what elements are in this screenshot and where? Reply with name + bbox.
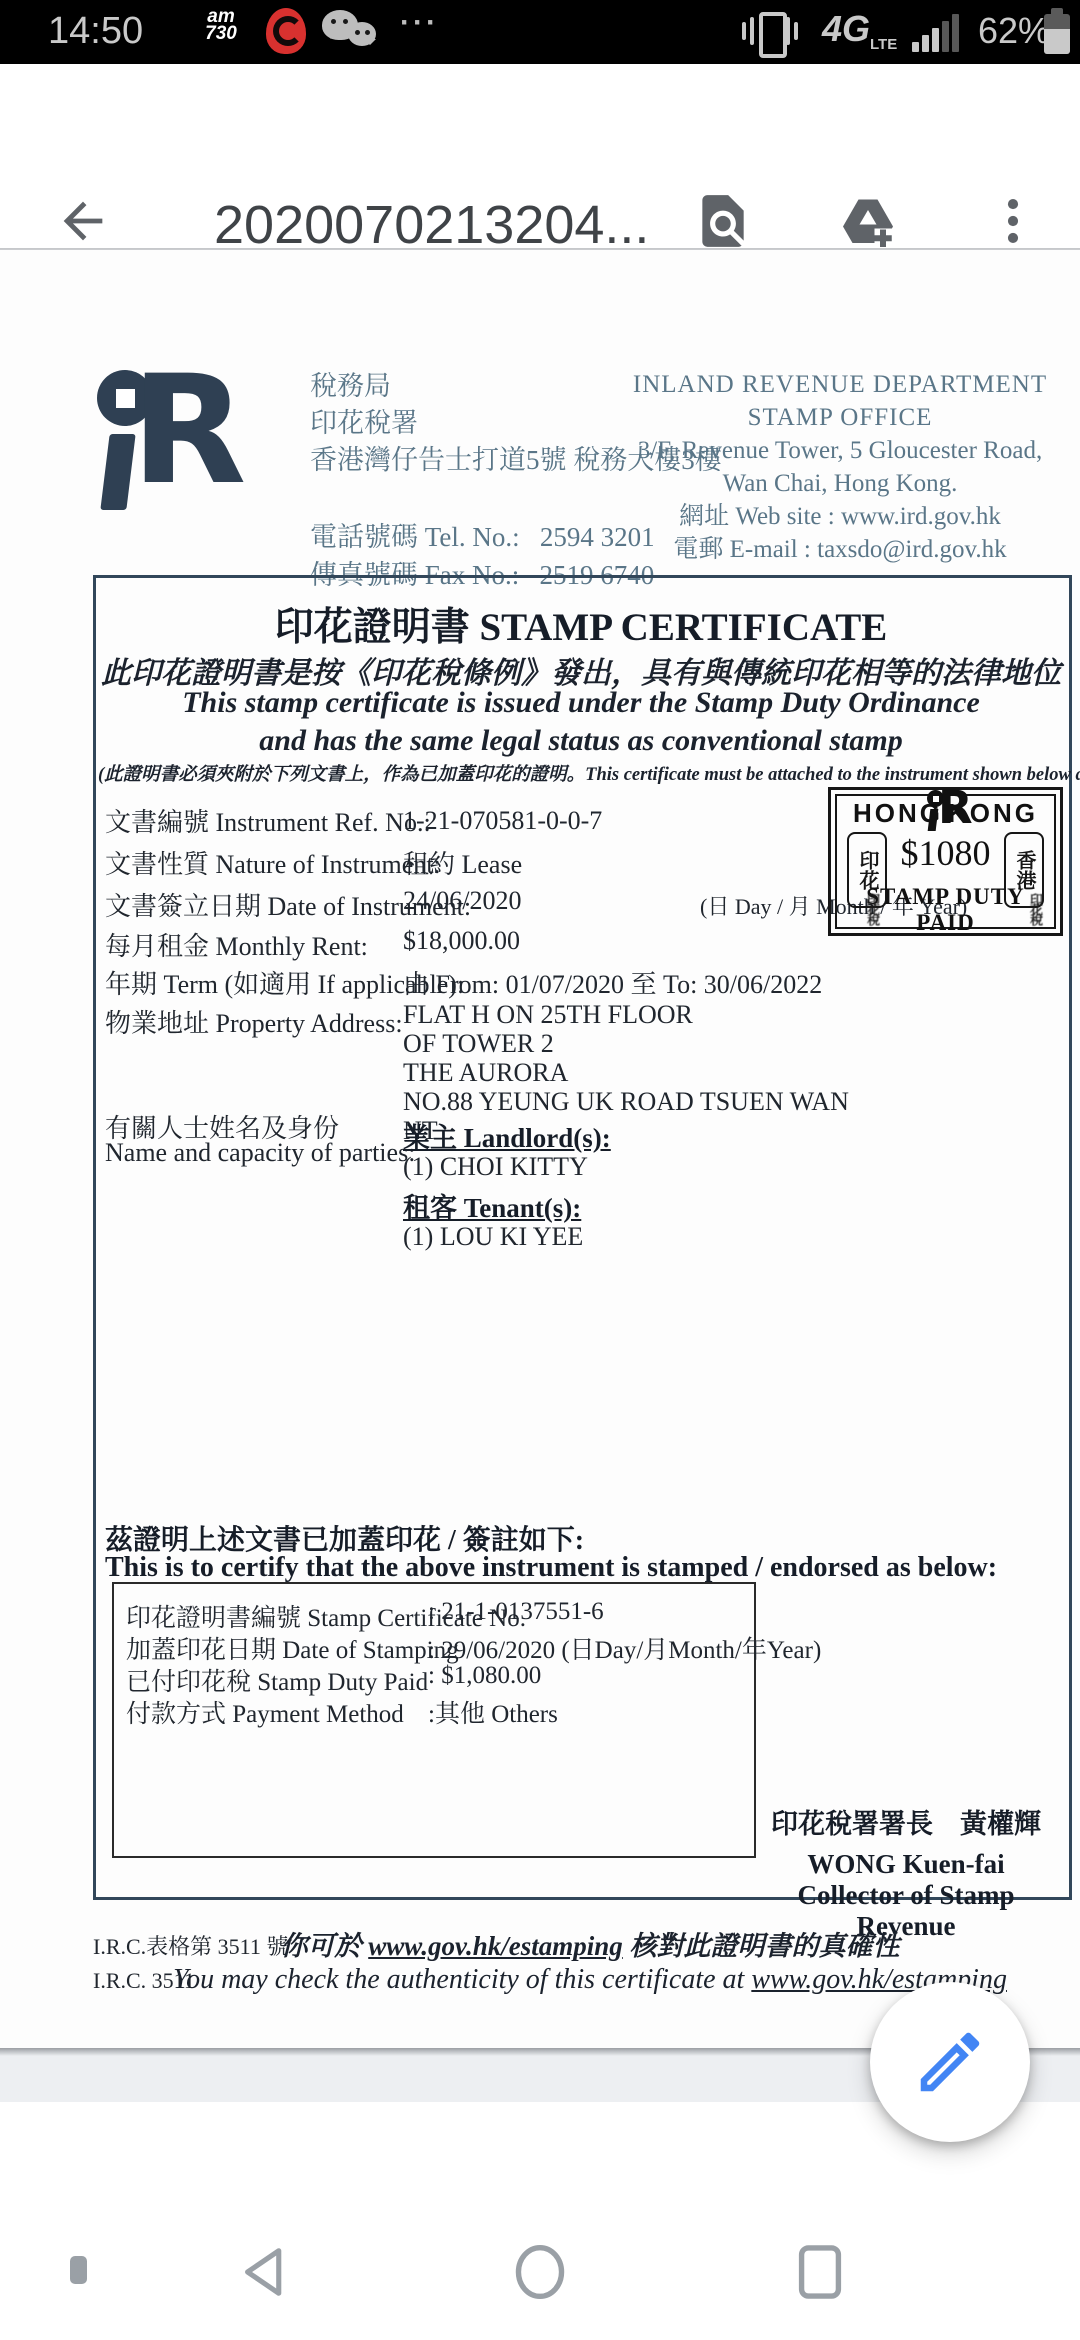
landlord-name: (1) CHOI KITTY — [403, 1152, 588, 1182]
ird-header-en: INLAND REVENUE DEPARTMENT STAMP OFFICE 3… — [610, 368, 1070, 566]
ird-logo: R — [95, 370, 225, 530]
signal-strength-icon — [912, 12, 964, 52]
field-label-parties-en: Name and capacity of parties: — [105, 1138, 415, 1168]
add-to-drive-icon[interactable] — [838, 192, 898, 252]
nav-home-icon[interactable] — [506, 2238, 574, 2306]
network-type-indicator: 4G — [822, 8, 870, 50]
wechat-notification-icon — [322, 10, 382, 54]
network-subtype-indicator: LTE — [870, 36, 897, 53]
more-notifications-indicator: ··· — [400, 6, 439, 40]
back-arrow-icon[interactable] — [54, 192, 112, 250]
chop-ir-logo: R — [925, 790, 969, 834]
field-label-ref-no: 文書編號 Instrument Ref. No.: — [105, 802, 431, 839]
estamping-link-cn: www.gov.hk/estamping — [368, 1931, 623, 1961]
collector-name-en: WONG Kuen-fai — [750, 1849, 1062, 1880]
nav-back-icon[interactable] — [232, 2238, 300, 2306]
field-label-property-address: 物業地址 Property Address: — [105, 1003, 403, 1040]
tenant-heading: 租客 Tenant(s): — [403, 1186, 581, 1225]
chop-amount: $1080 — [837, 832, 1054, 874]
field-value-ref-no: 1-21-070581-0-0-7 — [403, 806, 602, 836]
collector-block: 印花稅署署長 黃權輝 WONG Kuen-fai Collector of St… — [750, 1802, 1062, 1942]
find-in-document-icon[interactable] — [692, 190, 754, 252]
status-bar: 14:50 am 730 ··· 4G LTE 62% — [0, 0, 1080, 64]
stamp-duty-paid-chop: HONG KONG R 印花 香港 $1080 STAMP DUTY PAID … — [828, 787, 1063, 936]
collector-name-cn: 印花稅署署長 黃權輝 — [750, 1802, 1062, 1841]
certificate-subtitle-en1: This stamp certificate is issued under t… — [93, 686, 1069, 720]
certificate-subtitle-en2: and has the same legal status as convent… — [93, 724, 1069, 758]
tenant-name: (1) LOU KI YEE — [403, 1222, 583, 1252]
pencil-icon — [911, 2023, 989, 2101]
detail-value-cert-no: : 21-1-0137551-6 — [428, 1598, 604, 1626]
chop-seal-right: 印花稅 — [1012, 888, 1042, 928]
landlord-heading: 業主 Landlord(s): — [403, 1116, 611, 1155]
nav-recents-icon[interactable] — [786, 2238, 854, 2306]
status-time: 14:50 — [48, 10, 143, 53]
edit-fab[interactable] — [870, 1982, 1030, 2142]
certificate-title: 印花證明書 STAMP CERTIFICATE — [93, 596, 1069, 652]
field-value-rent: $18,000.00 — [403, 926, 520, 956]
detail-value-payment-method: :其他 Others — [428, 1694, 558, 1730]
detail-label-payment-method: 付款方式 Payment Method — [126, 1694, 404, 1730]
certificate-note: (此證明書必須夾附於下列文書上，作為已加蓋印花的證明。This certific… — [98, 760, 1066, 786]
openrice-notification-icon — [266, 8, 306, 54]
field-value-date: 24/06/2020 — [403, 886, 521, 916]
detail-label-duty-paid: 已付印花稅 Stamp Duty Paid — [126, 1662, 428, 1698]
am730-notification-icon: am 730 — [196, 8, 246, 56]
pdf-page[interactable]: R 稅務局 印花稅署 香港灣仔告士打道5號 稅務大樓3樓 電話號碼 Tel. N… — [0, 250, 1080, 2048]
phone-screen: 14:50 am 730 ··· 4G LTE 62% — [0, 0, 1080, 2340]
detail-value-stamping-date: : 29/06/2020 (日Day/月Month/年Year) — [428, 1630, 821, 1666]
detail-label-stamping-date: 加蓋印花日期 Date of Stamping — [126, 1630, 459, 1666]
field-label-nature: 文書性質 Nature of Instrument: — [105, 844, 441, 881]
battery-percent: 62% — [978, 10, 1050, 52]
authenticity-line-cn: 你可於 www.gov.hk/estamping 核對此證明書的真確性 — [180, 1924, 1000, 1963]
vibrate-mode-icon — [742, 12, 798, 52]
chop-seal-left: 印花稅 — [849, 888, 879, 928]
tel-label: 電話號碼 Tel. No.: — [310, 522, 520, 552]
field-value-term: 由 From: 01/07/2020 至 To: 30/06/2022 — [403, 964, 822, 1001]
nav-mini-pill[interactable] — [70, 2256, 87, 2284]
field-label-rent: 每月租金 Monthly Rent: — [105, 926, 368, 963]
detail-value-duty-paid: : $1,080.00 — [428, 1662, 541, 1690]
document-title: 2020070213204... — [214, 194, 649, 256]
app-bar: 2020070213204... — [0, 64, 1080, 248]
overflow-menu-icon[interactable] — [984, 192, 1042, 250]
field-value-nature: 租約 Lease — [403, 844, 522, 881]
battery-icon — [1044, 8, 1070, 54]
certify-line-en: This is to certify that the above instru… — [105, 1552, 997, 1584]
authenticity-line-en: You may check the authenticity of this c… — [150, 1964, 1030, 1996]
